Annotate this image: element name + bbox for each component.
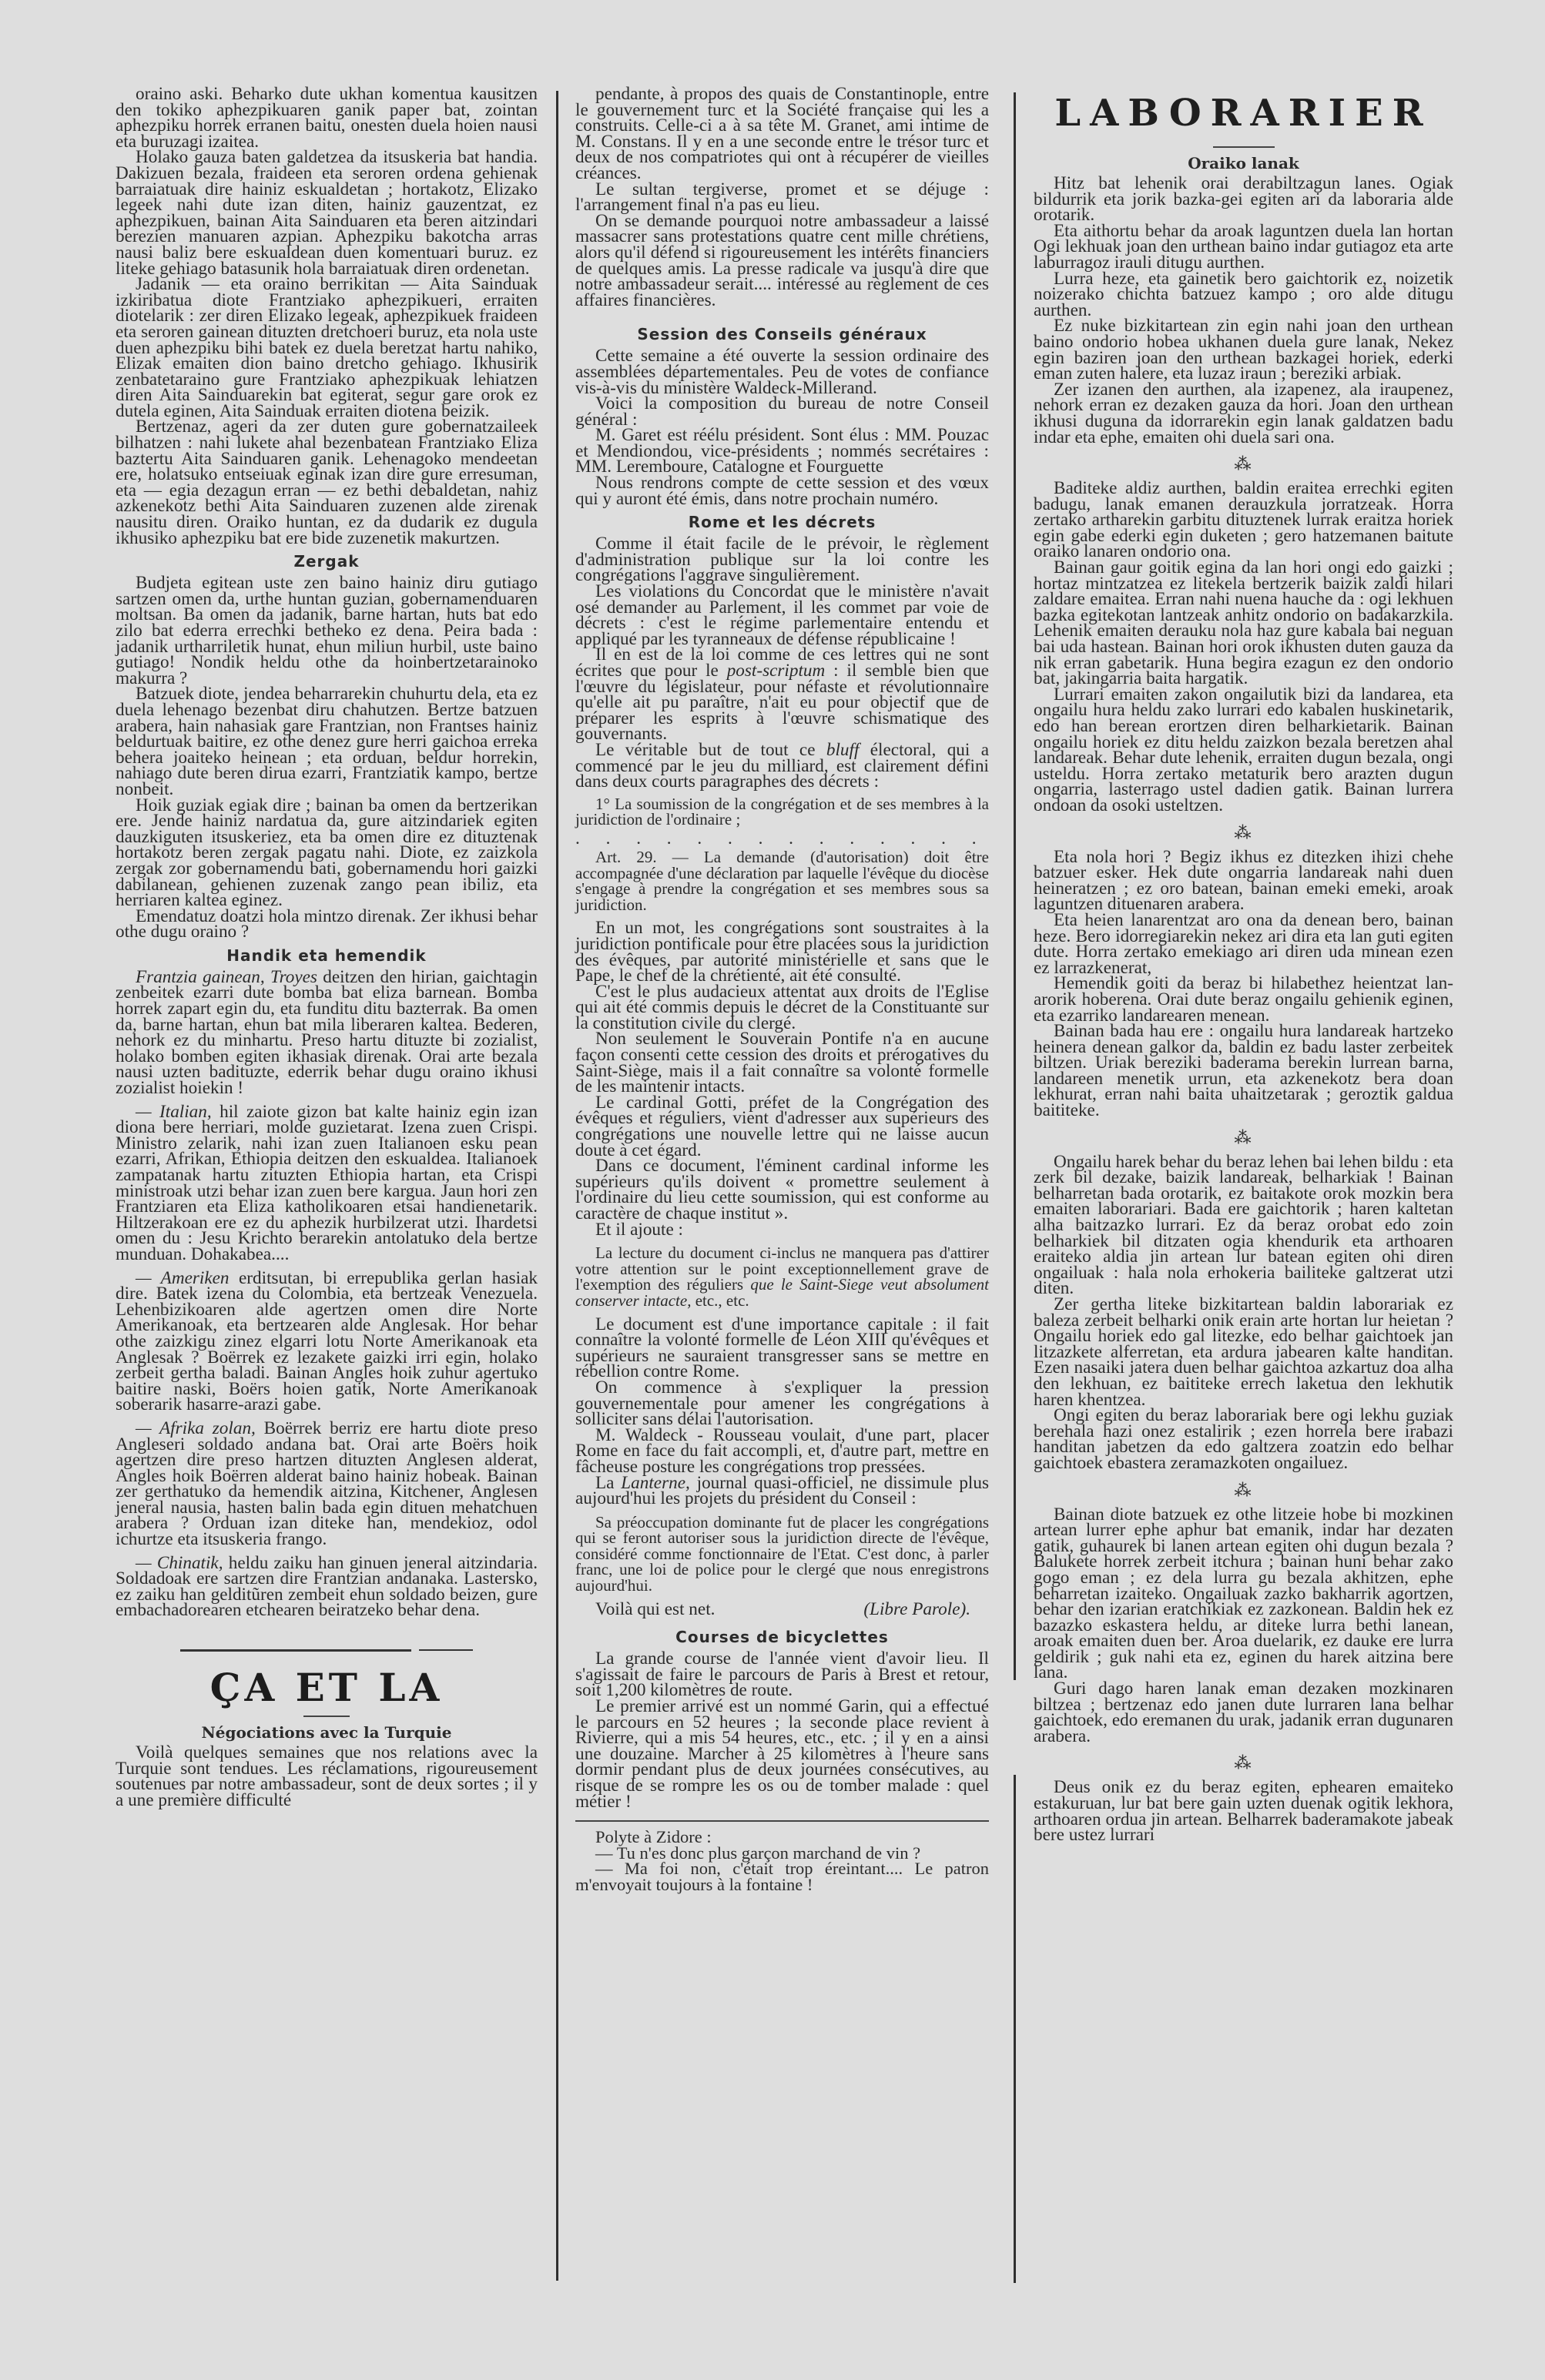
section-2: Baditeke aldiz aurthen, baldin eraitea e…: [1034, 480, 1453, 813]
paragraph: Lurrari emaiten zakon ongailutik bizi da…: [1034, 687, 1453, 814]
paragraph: Dans ce document, l'éminent cardinal inf…: [575, 1158, 989, 1221]
column-rule-right-lower: [1014, 1775, 1016, 2283]
column-rule-left: [556, 91, 558, 2281]
rome-heading: Rome et les décrets: [575, 513, 989, 531]
intro-article: oraino aski. Beharko dute ukhan komentua…: [116, 86, 538, 546]
paragraph: Zer izanen den aurthen, ala izapenez, al…: [1034, 382, 1453, 445]
lanterne-quote: Sa préoccupation dominante fut de placer…: [575, 1515, 989, 1594]
paragraph: pendante, à propos des quais de Constant…: [575, 86, 989, 182]
ellipsis-dots: . . . . . . . . . . . . . . . . . . . . …: [575, 831, 989, 846]
paragraph: Non seulement le Souverain Pontife n'a e…: [575, 1031, 989, 1094]
handik-article: Frantzia gainean, Troyes deitzen den hir…: [116, 969, 538, 1618]
paragraph: Comme il était facile de le prévoir, le …: [575, 536, 989, 584]
paragraph: Ongailu harek behar du beraz lehen bai l…: [1034, 1154, 1453, 1297]
column-rule-right: [1014, 92, 1016, 1680]
paragraph: Bertzenaz, ageri da zer duten gure gober…: [116, 419, 538, 546]
decree-29: Art. 29. — La demande (d'autorisation) d…: [575, 849, 989, 912]
paragraph: oraino aski. Beharko dute ukhan komentua…: [116, 86, 538, 149]
paragraph: Le cardinal Gotti, préfet de la Congréga…: [575, 1095, 989, 1158]
postscript-paragraph: Il en est de la loi comme de ces lettres…: [575, 647, 989, 742]
bicyclettes-heading: Courses de bicyclettes: [575, 1628, 989, 1646]
paragraph: Eta nola hori ? Begiz ikhus ez ditezken …: [1034, 849, 1453, 912]
turquie-paragraph: Voilà quelques semaines que nos relation…: [116, 1745, 538, 1808]
oraiko-lanak-heading: Oraiko lanak: [1034, 154, 1453, 172]
paragraph: Baditeke aldiz aurthen, baldin eraitea e…: [1034, 480, 1453, 560]
turquie-continuation: pendante, à propos des quais de Constant…: [575, 86, 989, 308]
rome-article-part-b: En un mot, les congrégations sont soustr…: [575, 920, 989, 1237]
paragraph: Bainan diote batzuek ez othe litzeie hob…: [1034, 1507, 1453, 1682]
asterism-separator: ⁂: [1034, 1485, 1453, 1496]
section-3: Eta nola hori ? Begiz ikhus ez ditezken …: [1034, 849, 1453, 1119]
bicyclettes-article: La grande course de l'année vient d'avoi…: [575, 1651, 989, 1809]
paragraph: Deus onik ez du beraz egiten, ephearen e…: [1034, 1779, 1453, 1843]
paragraph: Et il ajoute :: [575, 1222, 989, 1238]
paragraph: On se demande pourquoi notre ambassadeur…: [575, 213, 989, 309]
joke-dialogue: Polyte à Zidore :— Tu n'es donc plus gar…: [575, 1829, 989, 1893]
paragraph: Eta aithortu behar da aroak laguntzen du…: [1034, 223, 1453, 271]
paragraph: Bainan bada hau ere : ongailu hura landa…: [1034, 1023, 1453, 1119]
paragraph: En un mot, les congrégations sont soustr…: [575, 920, 989, 983]
paragraph: Guri dago haren lanak eman dezaken mozki…: [1034, 1681, 1453, 1744]
news-item: — Italian, hil zaiote gizon bat kalte ha…: [116, 1104, 538, 1263]
paragraph: Eta heien lanarentzat aro ona da denean …: [1034, 912, 1453, 976]
paragraph: Zer gertha liteke bizkitartean baldin la…: [1034, 1297, 1453, 1408]
rome-signature: Voilà qui est net. (Libre Parole).: [575, 1602, 989, 1618]
asterism-separator: ⁂: [1034, 459, 1453, 470]
paragraph: Les violations du Concordat que le minis…: [575, 584, 989, 647]
paragraph: Bainan gaur goitik egina da lan hori ong…: [1034, 560, 1453, 687]
paragraph: Cette semaine a été ouverte la session o…: [575, 348, 989, 396]
news-item: — Ameriken erditsutan, bi errepublika ge…: [116, 1270, 538, 1413]
paragraph: Nous rendrons compte de cette session et…: [575, 475, 989, 507]
paragraph: La grande course de l'année vient d'avoi…: [575, 1651, 989, 1699]
source-attribution: (Libre Parole).: [863, 1602, 970, 1618]
handik-heading: Handik eta hemendik: [116, 946, 538, 965]
paragraph: Le sultan tergiverse, promet et se déjug…: [575, 182, 989, 213]
ca-et-la-banner: ÇA ET LA Négociations avec la Turquie: [116, 1645, 538, 1742]
laborarier-title: LABORARIER: [1034, 92, 1453, 134]
conseils-heading: Session des Conseils généraux: [575, 325, 989, 343]
paragraph: Budjeta egitean uste zen baino hainiz di…: [116, 575, 538, 686]
paragraph: Le premier arrivé est un nommé Garin, qu…: [575, 1699, 989, 1809]
short-rule: [303, 1716, 350, 1717]
paragraph: On commence à s'expliquer la pression go…: [575, 1380, 989, 1428]
right-column: LABORARIER Oraiko lanak Hitz bat lehenik…: [1034, 86, 1453, 1843]
gotti-quote: La lecture du document ci-inclus ne manq…: [575, 1245, 989, 1308]
section-5: Bainan diote batzuek ez othe litzeie hob…: [1034, 1507, 1453, 1745]
asterism-separator: ⁂: [1034, 1758, 1453, 1769]
section-4: Ongailu harek behar du beraz lehen bai l…: [1034, 1154, 1453, 1471]
asterism-separator: ⁂: [1034, 1133, 1453, 1143]
ca-et-la-title: ÇA ET LA: [116, 1665, 538, 1711]
paragraph: Le document est d'une importance capital…: [575, 1317, 989, 1380]
paragraph: Ez nuke bizkitartean zin egin nahi joan …: [1034, 318, 1453, 381]
news-item: — Afrika zolan, Boërrek berriz ere hartu…: [116, 1421, 538, 1548]
middle-column: pendante, à propos des quais de Constant…: [575, 86, 989, 1893]
decree-quote: 1° La soumission de la congrégation et d…: [575, 796, 989, 913]
paragraph: Voici la composition du bureau de notre …: [575, 396, 989, 427]
paragraph: Hitz bat lehenik orai derabiltzagun lane…: [1034, 176, 1453, 223]
paragraph: Hemendik goiti da beraz bi hilabethez he…: [1034, 976, 1453, 1023]
conseils-article: Cette semaine a été ouverte la session o…: [575, 348, 989, 507]
section-1: Hitz bat lehenik orai derabiltzagun lane…: [1034, 176, 1453, 445]
closing-line: Voilà qui est net.: [595, 1602, 715, 1618]
paragraph: Lurra heze, eta gainetik bero gaichtorik…: [1034, 271, 1453, 319]
decree-1: 1° La soumission de la congrégation et d…: [575, 796, 989, 828]
paragraph: M. Waldeck - Rousseau voulait, d'une par…: [575, 1428, 989, 1475]
left-column: oraino aski. Beharko dute ukhan komentua…: [116, 86, 538, 1808]
section-6: Deus onik ez du beraz egiten, ephearen e…: [1034, 1779, 1453, 1843]
lanterne-paragraph: La Lanterne, journal quasi-officiel, ne …: [575, 1475, 989, 1507]
paragraph: Batzuek diote, jendea beharrarekin chuhu…: [116, 686, 538, 797]
paragraph: C'est le plus audacieux attentat aux dro…: [575, 984, 989, 1032]
paragraph: Emendatuz doatzi hola mintzo direnak. Ze…: [116, 909, 538, 940]
turquie-heading: Négociations avec la Turquie: [116, 1723, 538, 1742]
horizontal-rule: [575, 1820, 989, 1822]
rome-article-part-c: Le document est d'une importance capital…: [575, 1317, 989, 1475]
title-rule: [1213, 146, 1275, 148]
zergak-heading: Zergak: [116, 552, 538, 571]
ornament-rule: [180, 1645, 473, 1655]
paragraph: Holako gauza baten galdetzea da itsusker…: [116, 149, 538, 276]
news-item: — Chinatik, heldu zaiku han ginuen jener…: [116, 1555, 538, 1618]
rome-article-part-a: Comme il était facile de le prévoir, le …: [575, 536, 989, 647]
news-item: Frantzia gainean, Troyes deitzen den hir…: [116, 969, 538, 1096]
dialogue-line: — Ma foi non, c'était trop éreintant....…: [575, 1861, 989, 1893]
zergak-article: Budjeta egitean uste zen baino hainiz di…: [116, 575, 538, 940]
paragraph: M. Garet est réélu président. Sont élus …: [575, 427, 989, 475]
paragraph: Ongi egiten du beraz laborariak bere ogi…: [1034, 1408, 1453, 1471]
paragraph: Hoik guziak egiak dire ; bainan ba omen …: [116, 798, 538, 909]
newspaper-page: oraino aski. Beharko dute ukhan komentua…: [0, 0, 1545, 2380]
asterism-separator: ⁂: [1034, 828, 1453, 839]
bluff-paragraph: Le véritable but de tout ce bluff électo…: [575, 742, 989, 790]
paragraph: Jadanik — eta oraino berrikitan — Aita S…: [116, 276, 538, 419]
